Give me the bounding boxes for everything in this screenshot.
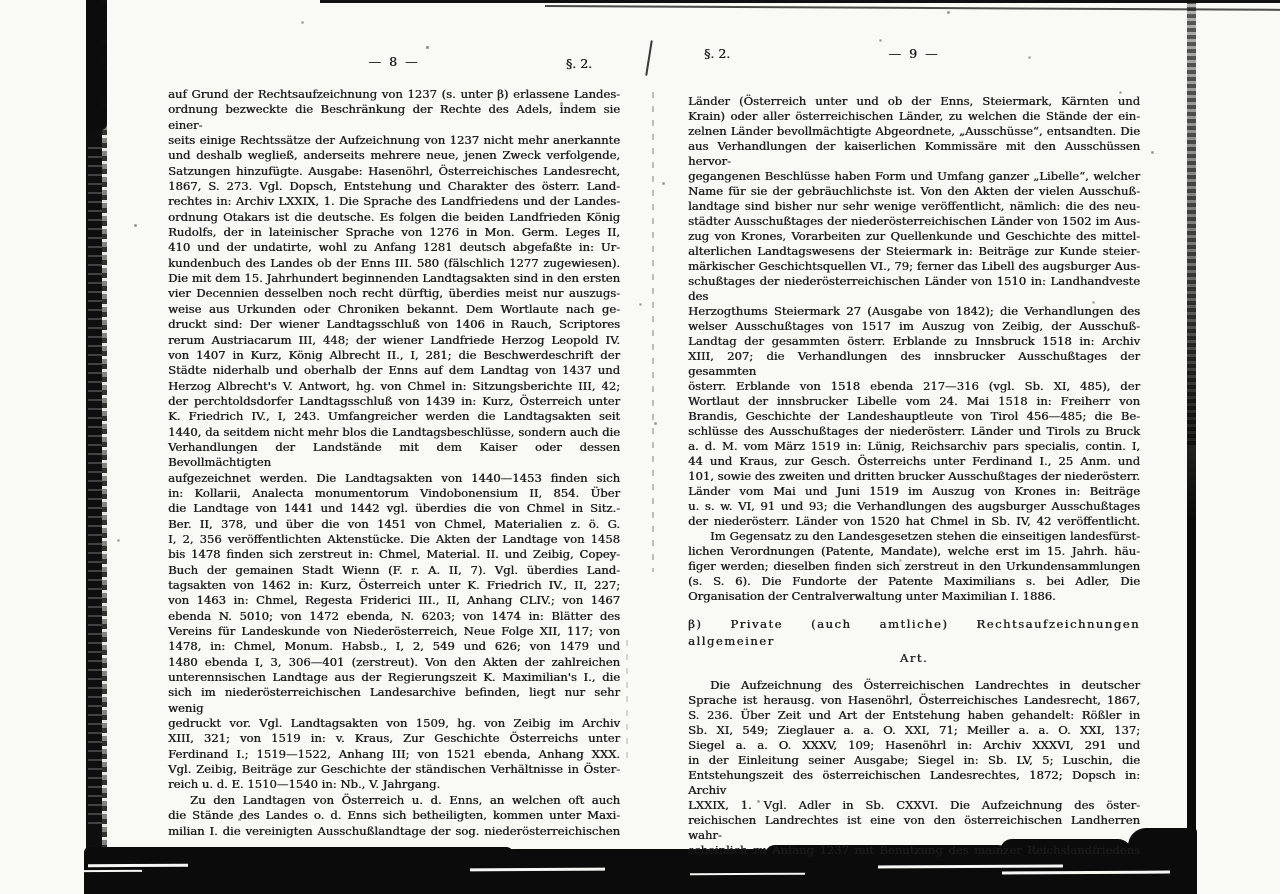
text-line: Landtag der gesammten österr. Erblande z… [688,334,1140,349]
text-line: unterennsischen Landtage aus der Regieru… [168,670,620,685]
text-line: rechtes in: Archiv LXXIX, 1. Die Sprache… [168,194,620,209]
text-line: alterlichen Landtagswesens der Steiermar… [688,244,1140,259]
text-line: der niederösterr. Länder von 1520 hat Ch… [688,514,1140,529]
text-line: in: Kollarii, Analecta monumentorum Vind… [168,486,620,501]
text-line: Krain) oder aller österreichischen Lände… [688,109,1140,124]
text-line: und deshalb wegließ, anderseits mehrere … [168,148,620,163]
text-line: Im Gegensatz zu den Landesgesetzen stehe… [688,529,1140,544]
text-line: milian I. die vereinigten Ausschußlandta… [168,824,620,839]
text-line: Brandis, Geschichte der Landeshauptleute… [688,409,1140,424]
text-line: gedruckt vor. Vgl. Landtagsakten von 150… [168,716,620,731]
text-line: Ferdinand I.; 1519—1522, Anhang III; von… [168,747,620,762]
text-line: Herzogthums Steiermark 27 (Ausgabe von 1… [688,304,1140,319]
text-line: ordnung bezweckte die Beschränkung der R… [168,102,620,133]
section-heading-line: Art. [688,650,1140,667]
text-line: 1440, da seitdem nicht mehr blos die Lan… [168,425,620,440]
scan-right-edge-band [1187,0,1196,894]
paragraph: auf Grund der Rechtsaufzeichnung von 123… [168,87,620,793]
text-line: lichen Verordnungen (Patente, Mandate), … [688,544,1140,559]
text-line: K. Friedrich IV., I, 243. Umfangreicher … [168,409,620,424]
text-line: S. 236. Über Zeit und Art der Entstehung… [688,708,1140,723]
text-line: LXXIX, 1. Vgl. Adler in Sb. CXXVI. Die A… [688,798,1140,813]
text-line: Wortlaut der innsbrucker Libelle vom 24.… [688,394,1140,409]
right-page-text: Länder (Österreich unter und ob der Enns… [688,94,1140,858]
text-line: aufgezeichnet werden. Die Landtagsakten … [168,471,620,486]
scan-bottom-white-streak [88,864,188,868]
page-number-left: — 8 — [168,54,620,69]
text-line: XIII, 207; die Verhandlungen des innsbru… [688,349,1140,379]
text-line: 44 und Kraus, zur Gesch. Österreichs unt… [688,454,1140,469]
text-line: gegangenen Beschlüsse haben Form und Umf… [688,169,1140,184]
text-line: Siegel a. a. O. XXXV, 109; Hasenöhrl in:… [688,738,1140,753]
text-line: sich im niederösterreichischen Landesarc… [168,685,620,716]
scan-top-edge-line [320,0,1280,3]
section-marker: §. 2. [704,46,730,61]
text-line: Satzungen hinzufügte. Ausgabe: Hasenöhrl… [168,164,620,179]
scanned-page-right: §. 2. — 9 — Länder (Österreich unter und… [688,46,1140,858]
scan-gutter-stroke [645,40,653,76]
scan-left-edge-fray [102,0,107,894]
text-line: österr. Erblande von 1518 ebenda 217—316… [688,379,1140,394]
text-line: städter Ausschußtages der niederösterrei… [688,214,1140,229]
text-line: 1480 ebenda I, 3, 306—401 (zerstreut). V… [168,655,620,670]
text-line: ebenda N. 5010; von 1472 ebenda, N. 6203… [168,609,620,624]
text-line: Die mit dem 15. Jahrhundert beginnenden … [168,271,620,286]
text-line: Entstehungszeit des österreichischen Lan… [688,768,1140,798]
text-line: tagsakten von 1462 in: Kurz, Österreich … [168,578,620,593]
text-line: schußtages der niederösterreichischen Lä… [688,274,1140,304]
text-line: ordnung Otakars ist die deutsche. Es fol… [168,210,620,225]
text-line: Städte niderhalb und oberhalb der Enns a… [168,363,620,378]
scanned-page-left: — 8 — §. 2. auf Grund der Rechtsaufzeich… [168,54,620,839]
text-line: Rudolfs, der in lateinischer Sprache von… [168,225,620,240]
paragraph: Zu den Landtagen von Österreich u. d. En… [168,793,620,839]
scan-bottom-white-streak [84,870,142,872]
scan-bottom-band-wave [84,847,514,857]
text-line: druckt sind: Der wiener Landtagsschluß v… [168,317,620,332]
text-line: die Stände des Landes o. d. Enns sich be… [168,808,620,823]
scan-top-edge-line-2 [545,5,1280,11]
text-line: die Landtage von 1441 und 1442 vgl. über… [168,501,620,516]
section-heading: β) Private (auch amtliche) Rechtsaufzeic… [688,616,1140,667]
text-line: u. s. w. VI, 91 und 93; die Verhandlunge… [688,499,1140,514]
text-line: landtage sind bisher nur sehr wenige ver… [688,199,1140,214]
text-line: 101, sowie des zweiten und dritten bruck… [688,469,1140,484]
text-line: reichischen Landrechtes ist eine von den… [688,813,1140,843]
text-line: Herzog Albrecht's V. Antwort, hg. von Ch… [168,379,620,394]
text-line: figer werden; dieselben finden sich zers… [688,559,1140,574]
text-line: weise aus Urkunden oder Chroniken bekann… [168,302,620,317]
scan-left-edge-texture [88,140,102,830]
text-line: Verhandlungen der Landstände mit dem Kai… [168,440,620,471]
text-line: a. d. M. vom März 1519 in: Lünig, Reichs… [688,439,1140,454]
text-line: zelnen Länder bevollmächtigte Abgeordnet… [688,124,1140,139]
text-line: von 1463 in: Chmel, Regesta Friderici II… [168,593,620,608]
paragraph: Die Aufzeichnung des Österreichischen La… [688,678,1140,858]
text-line: Sprache ist herausg. von Hasenöhrl, Öste… [688,693,1140,708]
left-page-text: auf Grund der Rechtsaufzeichnung von 123… [168,87,620,839]
paragraph: Länder (Österreich unter und ob der Enns… [688,94,1140,529]
section-heading-line: β) Private (auch amtliche) Rechtsaufzeic… [688,616,1140,650]
text-line: Länder vom Mai und Juni 1519 im Auszug v… [688,484,1140,499]
text-line: reich u. d. E. 1510—1540 in: Nb., V. Jah… [168,777,620,792]
text-line: vier Decennien desselben noch recht dürf… [168,286,620,301]
text-line: Ber. II, 378, und über die von 1451 von … [168,517,620,532]
text-line: zug von Krones, Vorarbeiten zur Quellenk… [688,229,1140,244]
scan-gutter-line-2 [626,640,628,760]
text-line: der perchtoldsdorfer Landtagsschluß von … [168,394,620,409]
text-line: märkischer Geschichtsquellen VI., 79; fe… [688,259,1140,274]
text-line: rerum Austriacarum III, 448; der wiener … [168,333,620,348]
text-line: aus Verhandlungen der kaiserlichen Kommi… [688,139,1140,169]
scan-gutter-line [652,92,654,572]
text-line: 1478, in: Chmel, Monum. Habsb., I, 2, 54… [168,639,620,654]
page-header: — 8 — §. 2. [168,54,620,70]
text-line: XIII, 321; von 1519 in: v. Kraus, Zur Ge… [168,731,620,746]
text-line: Organisation der Centralverwaltung unter… [688,589,1140,604]
paragraph: Im Gegensatz zu den Landesgesetzen stehe… [688,529,1140,604]
text-line: Zu den Landtagen von Österreich u. d. En… [168,793,620,808]
text-line: schlüsse des Ausschußtages der niederöst… [688,424,1140,439]
text-line: kundenbuch des Landes ob der Enns III. 5… [168,256,620,271]
book-scan: — 8 — §. 2. auf Grund der Rechtsaufzeich… [0,0,1280,894]
page-number-right: — 9 — [688,46,1140,61]
text-line: Buch der gemainen Stadt Wienn (F. r. A. … [168,563,620,578]
text-line: Vereins für Landeskunde von Niederösterr… [168,624,620,639]
text-line: Vgl. Zeibig, Beiträge zur Geschichte der… [168,762,620,777]
text-line: Sb. XI, 549; Zieglauer a. a. O. XXI, 71;… [688,723,1140,738]
text-line: seits einige Rechtssätze der Aufzeichnun… [168,133,620,148]
text-line: auf Grund der Rechtsaufzeichnung von 123… [168,87,620,102]
page-header: §. 2. — 9 — [688,46,1140,62]
text-line: scheinlich zu Anfang 1237 mit Benutzung … [688,843,1140,858]
text-line: I, 2, 356 veröffentlichten Aktenstücke. … [168,532,620,547]
text-line: bis 1478 finden sich zerstreut in: Chmel… [168,547,620,562]
text-line: 1867, S. 273. Vgl. Dopsch, Entstehung un… [168,179,620,194]
section-marker: §. 2. [566,56,592,71]
text-line: Die Aufzeichnung des Österreichischen La… [688,678,1140,693]
text-line: Name für sie der gebräuchlichste ist. Vo… [688,184,1140,199]
text-line: 410 und der undatirte, wohl zu Anfang 12… [168,240,620,255]
text-line: von 1407 in Kurz, König Albrecht II., I,… [168,348,620,363]
text-line: welser Ausschußtages von 1517 im Auszug … [688,319,1140,334]
scan-specks [0,0,1,1]
text-line: (s. S. 6). Die Fundorte der Patente Maxi… [688,574,1140,589]
text-line: in der Einleitung seiner Ausgabe; Siegel… [688,753,1140,768]
text-line: Länder (Österreich unter und ob der Enns… [688,94,1140,109]
